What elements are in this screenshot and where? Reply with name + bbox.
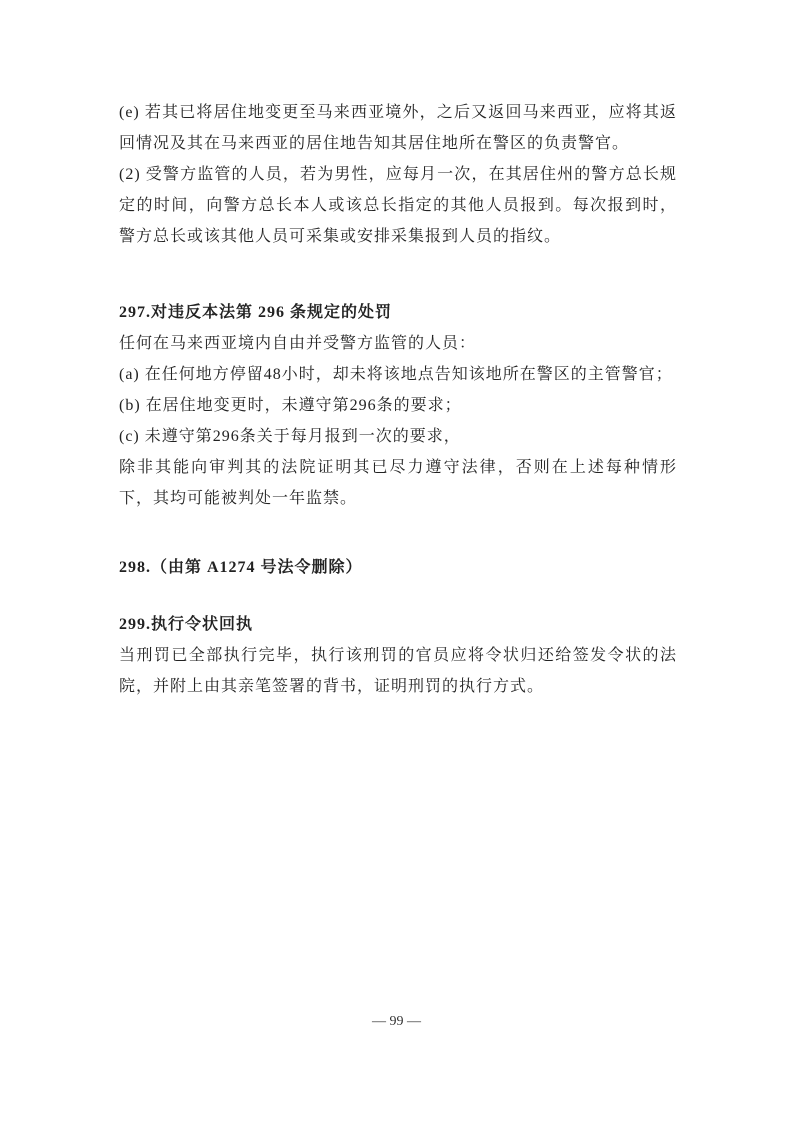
section-297-heading: 297.对违反本法第 296 条规定的处罚	[119, 297, 677, 328]
section-297-item-a: (a) 在任何地方停留48小时，却未将该地点告知该地所在警区的主管警官；	[119, 359, 677, 390]
section-297-item-c: (c) 未遵守第296条关于每月报到一次的要求，	[119, 421, 677, 452]
section-299-body: 当刑罚已全部执行完毕，执行该刑罚的官员应将令状归还给签发令状的法院，并附上由其亲…	[119, 640, 677, 702]
section-297-lead: 任何在马来西亚境内自由并受警方监管的人员：	[119, 328, 677, 359]
section-297-conclusion: 除非其能向审判其的法院证明其已尽力遵守法律，否则在上述每种情形下，其均可能被判处…	[119, 452, 677, 514]
section-298-heading: 298.（由第 A1274 号法令删除）	[119, 552, 677, 583]
page-footer: — 99 —	[0, 1007, 793, 1037]
section-297-item-b: (b) 在居住地变更时，未遵守第296条的要求；	[119, 390, 677, 421]
intro-paragraph-2: (2) 受警方监管的人员，若为男性，应每月一次，在其居住州的警方总长规定的时间，…	[119, 159, 677, 252]
document-page: (e) 若其已将居住地变更至马来西亚境外，之后又返回马来西亚，应将其返回情况及其…	[0, 0, 793, 1122]
intro-paragraph-e: (e) 若其已将居住地变更至马来西亚境外，之后又返回马来西亚，应将其返回情况及其…	[119, 97, 677, 159]
page-number: — 99 —	[372, 1014, 421, 1029]
document-content: (e) 若其已将居住地变更至马来西亚境外，之后又返回马来西亚，应将其返回情况及其…	[119, 97, 677, 702]
section-299-heading: 299.执行令状回执	[119, 609, 677, 640]
